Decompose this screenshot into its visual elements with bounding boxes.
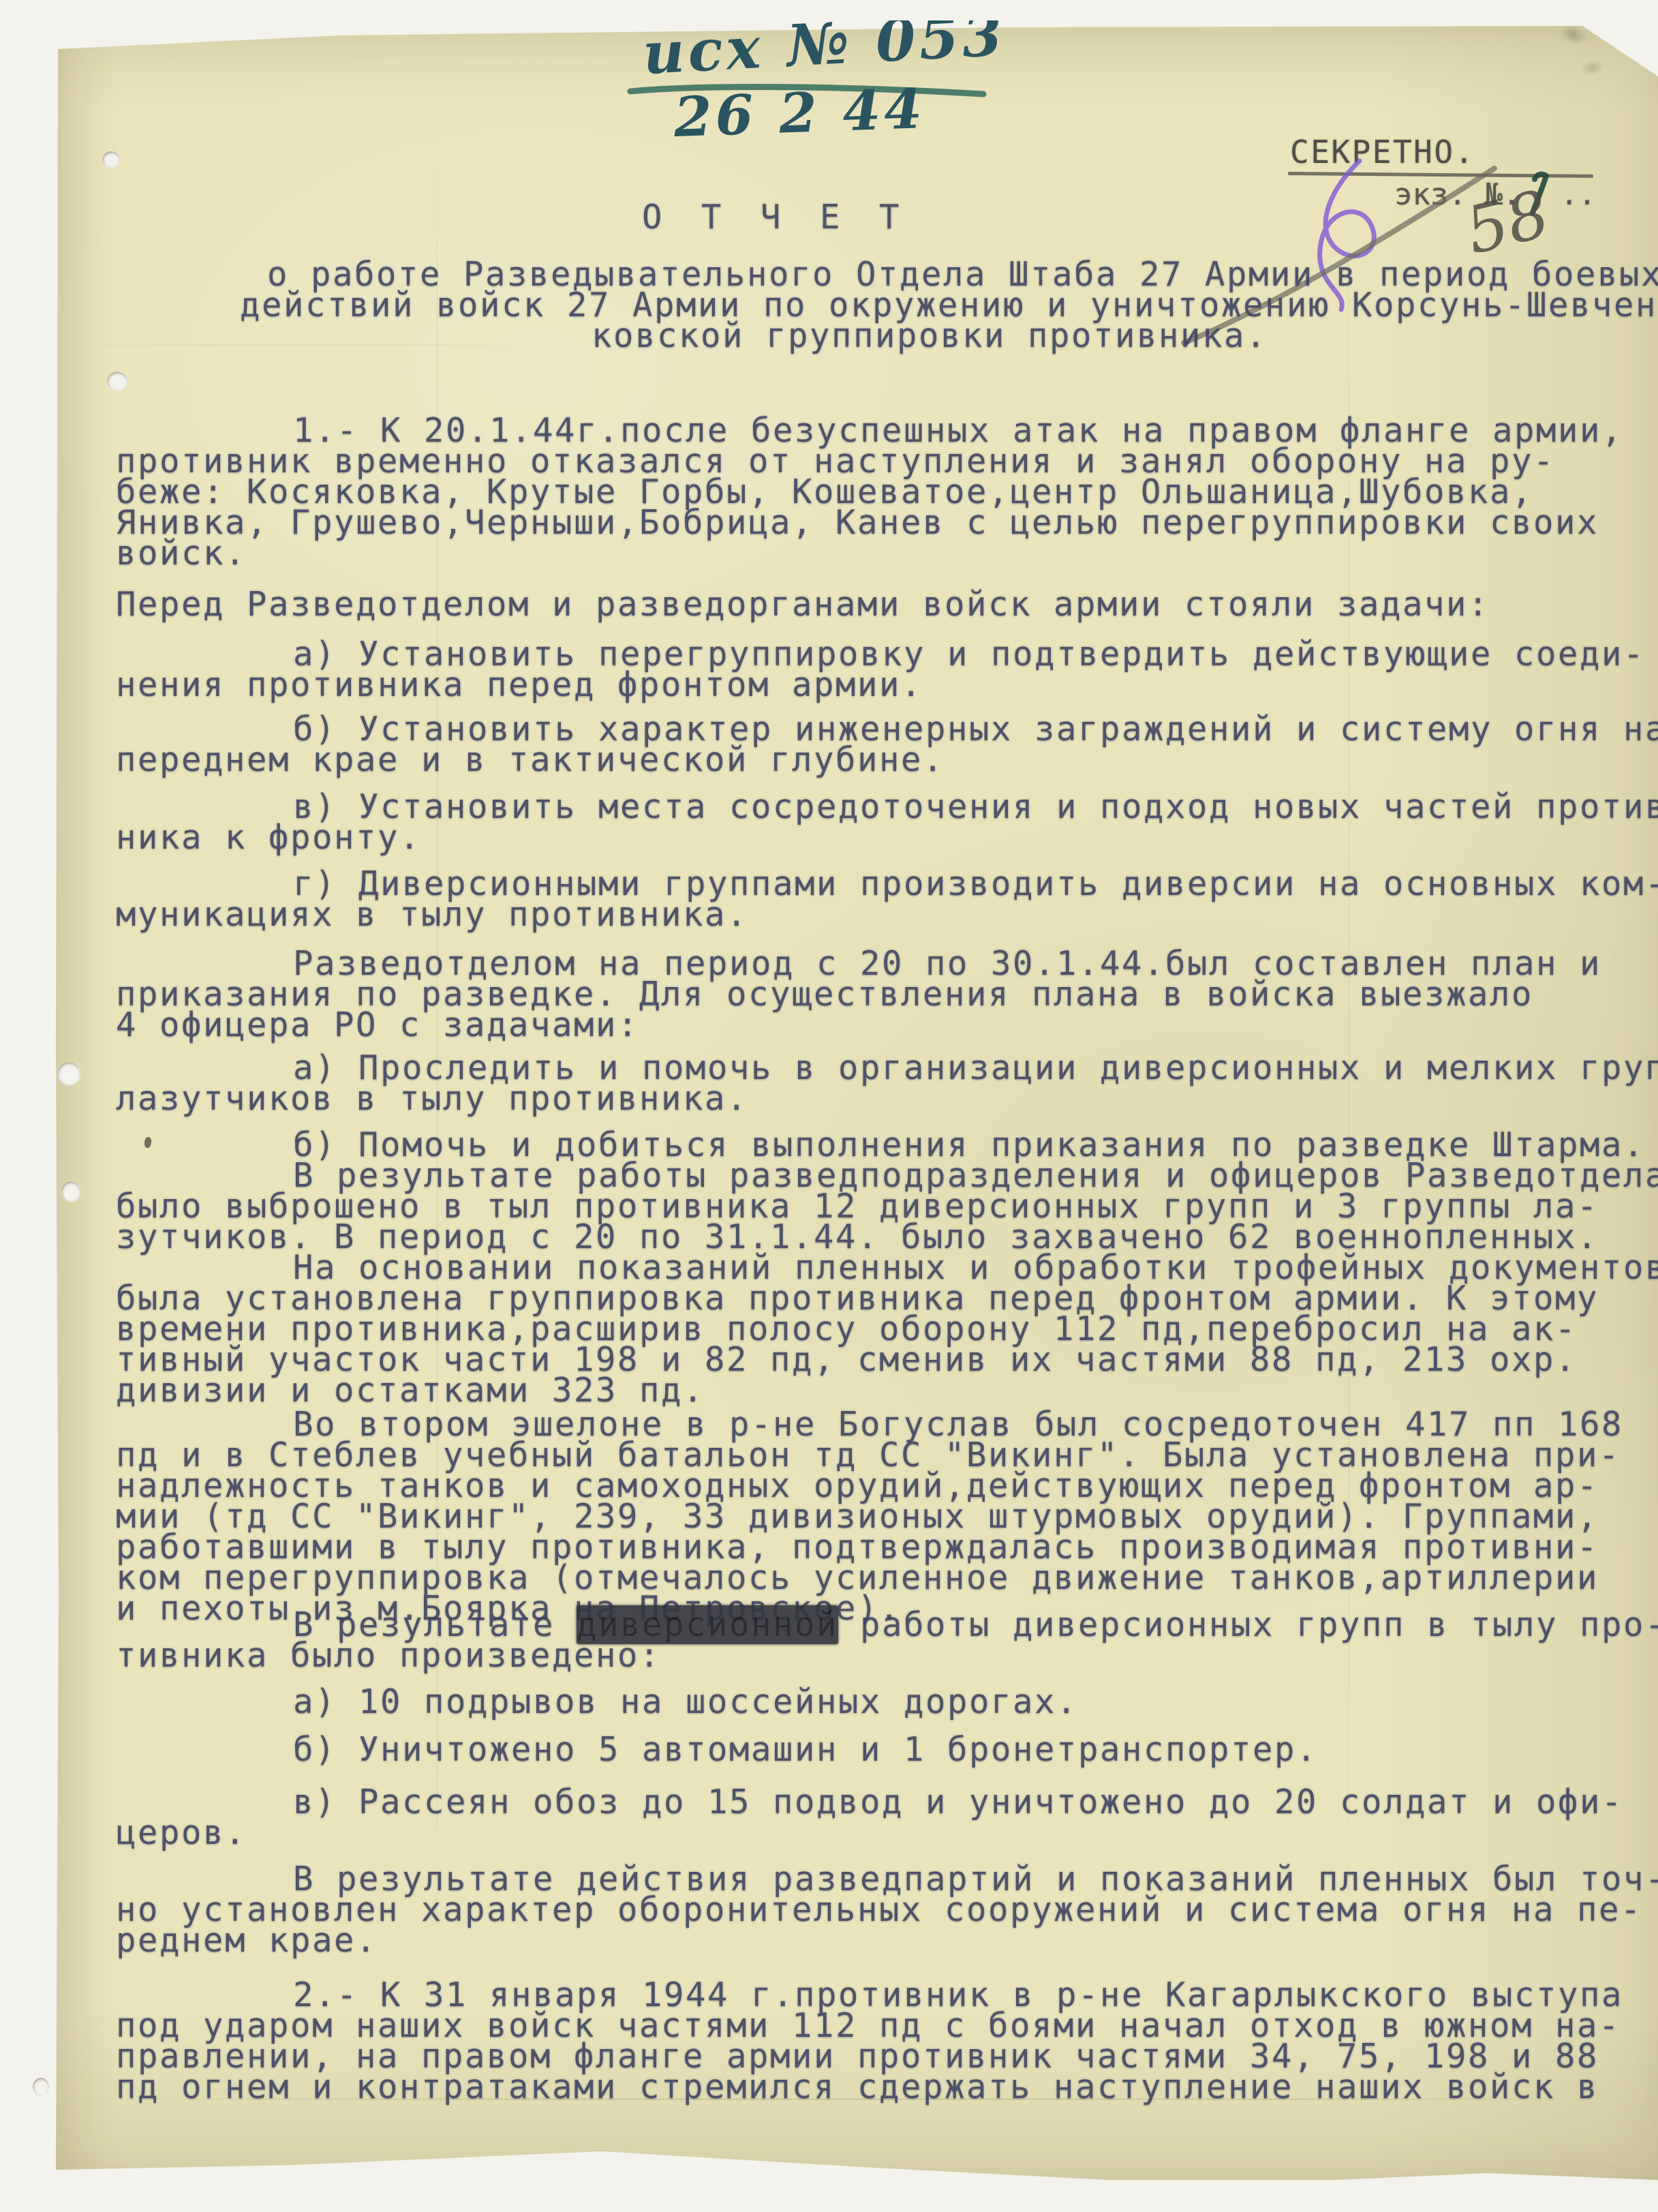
text-segment: работы диверсионных групп в тылу про- xyxy=(838,1605,1658,1644)
text-line: в) Рассеян обоз до 15 подвод и уничтожен… xyxy=(116,1787,1649,1817)
paragraph: 1.- К 20.1.44г.после безуспешных атак на… xyxy=(116,415,1649,569)
text-line: тивника было произведено: xyxy=(116,1640,1649,1671)
handwritten-outgoing-number: исх № 053 xyxy=(641,20,1007,87)
text-line: Перед Разведотделом и разведорганами вой… xyxy=(116,589,1649,620)
paragraph: б) Уничтожено 5 автомашин и 1 бронетранс… xyxy=(116,1734,1649,1765)
paragraph: г) Диверсионными группами производить ди… xyxy=(116,868,1649,930)
paragraph: а) Проследить и помочь в организации див… xyxy=(116,1052,1649,1114)
paper-crease xyxy=(58,344,535,346)
text-line: переднем крае и в тактической глубине. xyxy=(116,744,1649,775)
text-line: муникациях в тылу противника. xyxy=(116,899,1649,930)
paper-hole xyxy=(33,2078,49,2095)
text-line: лазутчиков в тылу противника. xyxy=(116,1083,1649,1114)
paragraph: в) Рассеян обоз до 15 подвод и уничтожен… xyxy=(116,1787,1649,1848)
paper-hole xyxy=(61,1181,80,1202)
paragraph: 2.- К 31 января 1944 г.противник в р-не … xyxy=(116,1980,1649,2102)
text-line: ника к фронту. xyxy=(116,822,1649,853)
paragraph: а) 10 подрывов на шоссейных дорогах. xyxy=(116,1686,1649,1717)
text-line: а) 10 подрывов на шоссейных дорогах. xyxy=(116,1686,1649,1717)
text-line: войск. xyxy=(116,538,1649,569)
text-line: б) Уничтожено 5 автомашин и 1 бронетранс… xyxy=(116,1734,1649,1765)
subtitle-line: ковской группировки противника. xyxy=(592,316,1268,355)
text-line: 4 офицера РО с задачами: xyxy=(116,1010,1649,1040)
paragraph: В результате действия разведпартий и пок… xyxy=(116,1864,1649,1956)
text-line: нения противника перед фронтом армии. xyxy=(116,669,1649,700)
text-line: церов. xyxy=(116,1817,1649,1848)
text-line: дивизии и остатками 323 пд. xyxy=(116,1375,1649,1406)
document-title: О Т Ч Е Т xyxy=(642,198,909,237)
paragraph: б) Помочь и добиться выполнения приказан… xyxy=(116,1130,1649,1406)
paragraph: Разведотделом на период с 20 по 30.1.44.… xyxy=(116,948,1649,1040)
paragraph: в) Установить места сосредоточения и под… xyxy=(116,791,1649,853)
paper-hole xyxy=(57,1062,80,1085)
handwritten-registration-note: исх № 053 26 2 44 xyxy=(610,20,1019,147)
paragraph: Во втором эшелоне в р-не Богуслав был со… xyxy=(116,1409,1649,1624)
paper-hole xyxy=(107,372,127,391)
scanned-document: исх № 053 26 2 44 СЕКРЕТНО. экз. №. .. 5… xyxy=(0,0,1658,2212)
paragraph: Перед Разведотделом и разведорганами вой… xyxy=(116,589,1649,620)
text-line: Янивка, Грушево,Черныши,Бобрица, Канев с… xyxy=(116,507,1649,538)
text-line: пд огнем и контратаками стремился сдержа… xyxy=(116,2072,1649,2102)
handwritten-date: 26 2 44 xyxy=(672,76,926,147)
paragraph: б) Установить характер инженерных заграж… xyxy=(116,714,1649,775)
text-line: реднем крае. xyxy=(116,1925,1649,1956)
paragraph: В результате диверсионной работы диверси… xyxy=(116,1609,1649,1671)
paragraph: а) Установить перегруппировку и подтверд… xyxy=(116,639,1649,700)
copy-dots: .. xyxy=(1560,177,1596,212)
paper-hole xyxy=(102,151,120,168)
